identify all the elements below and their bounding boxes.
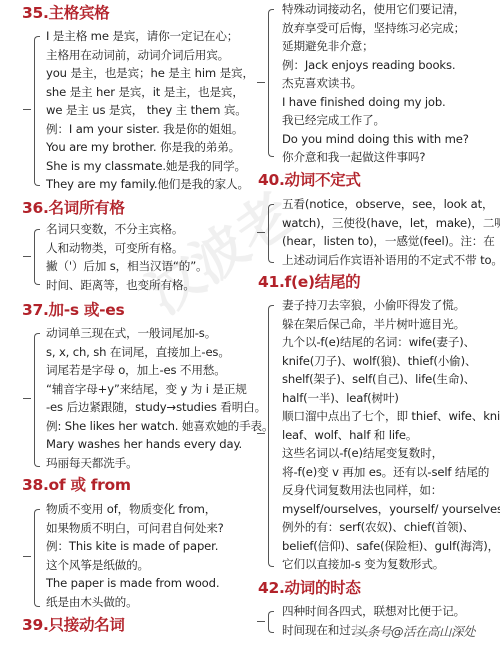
text-line: I 是主格 me 是宾，请你一定记在心； [46, 27, 254, 46]
section-41-brace-tick [257, 433, 265, 434]
text-line: we 是主 us 是宾， they 主 them 宾。 [46, 101, 254, 120]
text-line: 五看(notice，observe，see，look at， [282, 195, 500, 214]
text-line: 顺口溜中点出了七个，即 thief、wife、knife、 [282, 407, 500, 426]
text-line: shelf(架子)、self(自己)、life(生命)、 [282, 370, 500, 389]
text-line: “辅音字母+y”来结尾，变 y 为 i 是正规 [46, 380, 273, 399]
section-41-heading: 41.f(e)结尾的 [258, 272, 360, 292]
text-line: leaf、wolf、half 和 life。 [282, 426, 500, 445]
section-38-brace-tick [23, 556, 31, 557]
text-line: 例：I am your sister. 我是你的姐姐。 [46, 120, 254, 139]
text-line: 例外的有：serf(农奴)、chief(首领)、 [282, 518, 500, 537]
text-line: 名词只变数，不分主宾格。 [46, 220, 208, 239]
text-line: 特殊动词接动名，使用它们要记清， [282, 0, 469, 19]
section-39-lines: 特殊动词接动名，使用它们要记清， 放弃享受可后悔，坚持练习必完成； 延期避免非介… [282, 0, 469, 167]
text-line: watch)，三使役(have，let，make)，二听 [282, 214, 500, 233]
text-line: s, x, ch, sh 在词尾，直接加上-es。 [46, 343, 273, 362]
section-42-heading: 42.动词的时态 [258, 578, 361, 598]
text-line: 撇（'）后加 s，相当汉语“的”。 [46, 257, 208, 276]
section-38-lines: 物质不变用 of，物质变化 from， 如果物质不明白，可问君自何处来? 例：T… [46, 500, 224, 611]
text-line: 放弃享受可后悔，坚持练习必完成； [282, 19, 469, 38]
section-39-heading: 39.只接动名词 [22, 615, 125, 635]
text-line: 主格用在动词前，动词介词后用宾。 [46, 46, 254, 65]
text-line: 上述动词后作宾语补语用的不定式不带 to。 [282, 251, 500, 270]
text-line: The paper is made from wood. [46, 574, 224, 593]
text-line: Mary washes her hands every day. [46, 435, 273, 454]
section-37-heading: 37.加-s 或-es [22, 300, 124, 320]
section-38-brace [34, 509, 40, 607]
text-line: 我已经完成工作了。 [282, 111, 469, 130]
text-line: 九个以-f(e)结尾的名词：wife(妻子)、 [282, 333, 500, 352]
section-40-heading: 40.动词不定式 [258, 170, 361, 190]
text-line: -es 后边紧跟随，study→studies 看明白。 [46, 398, 273, 417]
section-36-brace-tick [23, 256, 31, 257]
text-line: 妻子持刀去宰狼，小偷吓得发了慌。 [282, 296, 500, 315]
section-37-brace [34, 333, 40, 467]
section-39-brace-tick [257, 82, 265, 83]
text-line: 玛丽每天都洗手。 [46, 454, 273, 473]
section-40-brace [268, 204, 274, 263]
section-36-lines: 名词只变数，不分主宾格。 人和动物类，可变所有格。 撇（'）后加 s，相当汉语“… [46, 220, 208, 294]
section-36-heading: 36.名词所有格 [22, 198, 125, 218]
text-line: 时间、距离等，也变所有格。 [46, 276, 208, 295]
text-line: 例: She likes her watch. 她喜欢她的手表。 [46, 417, 273, 436]
text-line: 反身代词复数用法也同样，如： [282, 481, 500, 500]
text-line: 纸是由木头做的。 [46, 593, 224, 612]
text-line: 如果物质不明白，可问君自何处来? [46, 519, 224, 538]
text-line: 这些名词以-f(e)结尾变复数时， [282, 444, 500, 463]
text-line: myself/ourselves，yourself/ yourselves. [282, 500, 500, 519]
section-40-lines: 五看(notice，observe，see，look at， watch)，三使… [282, 195, 500, 269]
text-line: she 是主 her 是宾，it 是主，也是宾， [46, 83, 254, 102]
text-line: Do you mind doing this with me? [282, 130, 469, 149]
section-42-brace [268, 611, 274, 633]
text-line: 动词单三现在式，一般词尾加-s。 [46, 324, 273, 343]
text-line: I have finished doing my job. [282, 93, 469, 112]
section-35-brace-tick [23, 109, 31, 110]
text-line: 躲在架后保己命，半片树叶遮目光。 [282, 315, 500, 334]
text-line: You are my brother. 你是我的弟弟。 [46, 138, 254, 157]
section-35-brace [34, 36, 40, 186]
text-line: 将-f(e)变 v 再加 es。还有以-self 结尾的 [282, 463, 500, 482]
section-42-brace-tick [257, 621, 265, 622]
text-line: (hear，listen to)，一感觉(feel)。注：在 [282, 232, 500, 251]
text-line: 延期避免非介意； [282, 37, 469, 56]
text-line: They are my family.他们是我的家人。 [46, 175, 254, 194]
section-36-brace [34, 229, 40, 285]
source-credit-watermark: 头条号@活在高山深处 [355, 622, 475, 640]
text-line: 你介意和我一起做这件事吗? [282, 148, 469, 167]
text-line: 例：Jack enjoys reading books. [282, 56, 469, 75]
section-41-lines: 妻子持刀去宰狼，小偷吓得发了慌。 躲在架后保己命，半片树叶遮目光。 九个以-f(… [282, 296, 500, 574]
section-38-heading: 38.of 或 from [22, 475, 131, 495]
text-line: 四种时间各四式，联想对比便于记。 [282, 602, 465, 621]
text-line: belief(信仰)、safe(保险柜)、gulf(海湾)， [282, 537, 500, 556]
section-37-lines: 动词单三现在式，一般词尾加-s。 s, x, ch, sh 在词尾，直接加上-e… [46, 324, 273, 472]
text-line: 例：This kite is made of paper. [46, 537, 224, 556]
text-line: 词尾若是字母 o，加上-es 不用愁。 [46, 361, 273, 380]
text-line: 杰克喜欢读书。 [282, 74, 469, 93]
section-35-heading: 35.主格宾格 [22, 3, 109, 23]
text-line: 这个风筝是纸做的。 [46, 556, 224, 575]
text-line: She is my classmate.她是我的同学。 [46, 157, 254, 176]
section-35-lines: I 是主格 me 是宾，请你一定记在心； 主格用在动词前，动词介词后用宾。 yo… [46, 27, 254, 194]
text-line: 它们以直接加-s 变为复数形式。 [282, 555, 500, 574]
section-39-brace [268, 9, 274, 157]
text-line: 物质不变用 of，物质变化 from， [46, 500, 224, 519]
section-40-brace-tick [257, 232, 265, 233]
text-line: you 是主，也是宾；he 是主 him 是宾， [46, 64, 254, 83]
text-line: 人和动物类，可变所有格。 [46, 239, 208, 258]
section-41-brace [268, 305, 274, 567]
text-line: knife(刀子)、wolf(狼)、thief(小偷)、 [282, 352, 500, 371]
section-37-brace-tick [23, 398, 31, 399]
text-line: half(一半)、leaf(树叶) [282, 389, 500, 408]
